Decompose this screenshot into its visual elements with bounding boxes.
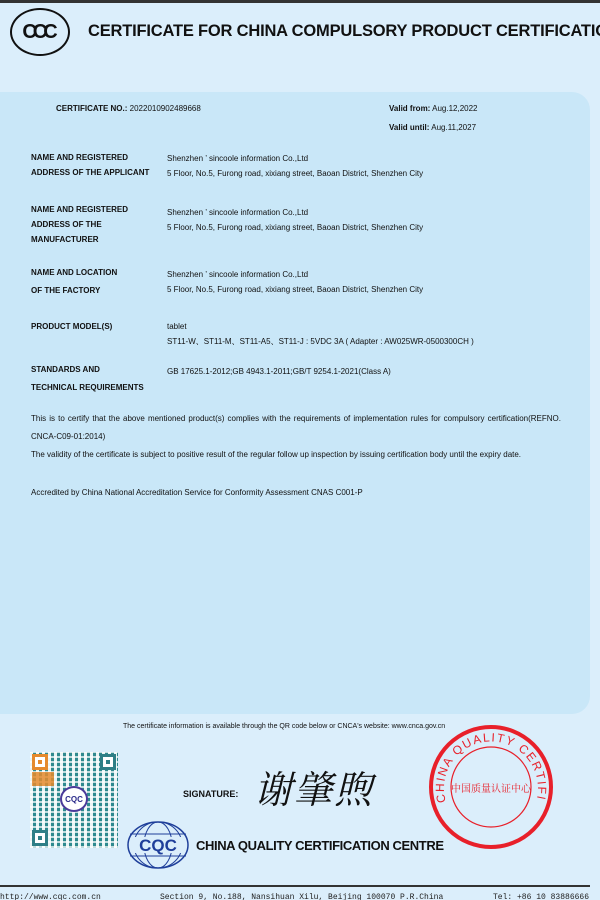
manufacturer-label-line: NAME AND REGISTERED (31, 202, 128, 217)
manufacturer-value: Shenzhen ’ sincoole information Co.,Ltd … (167, 205, 423, 235)
svg-text:CQC: CQC (139, 836, 177, 855)
certificate-number-label: CERTIFICATE NO.: (56, 104, 127, 113)
standards-value: GB 17625.1-2012;GB 4943.1-2011;GB/T 9254… (167, 364, 391, 379)
applicant-label: NAME AND REGISTERED ADDRESS OF THE APPLI… (31, 150, 149, 180)
qr-center-logo: CQC (60, 786, 88, 812)
accreditation-statement: Accredited by China National Accreditati… (31, 484, 561, 502)
official-seal-icon: CHINA QUALITY CERTIFICATION CENTRE 中国质量认… (426, 722, 556, 852)
cqc-globe-logo-icon: CQC (126, 820, 190, 870)
signature-label: SIGNATURE: (183, 789, 238, 799)
factory-address: 5 Floor, No.5, Furong road, xixiang stre… (167, 282, 423, 297)
qr-orange-block (32, 772, 54, 786)
certificate-title: CERTIFICATE FOR CHINA COMPULSORY PRODUCT… (88, 22, 600, 41)
factory-label: NAME AND LOCATION OF THE FACTORY (31, 264, 117, 300)
applicant-label-line: NAME AND REGISTERED (31, 150, 149, 165)
manufacturer-label-line: MANUFACTURER (31, 232, 128, 247)
footer-divider (0, 885, 590, 887)
qr-finder-icon (100, 754, 116, 770)
validity-statement: The validity of the certificate is subje… (31, 446, 561, 464)
certificate-number: CERTIFICATE NO.: 2022010902489668 (56, 104, 201, 113)
footer-tel: Tel: +86 10 83886666 (493, 891, 589, 900)
ccc-logo-icon: CCC (10, 8, 70, 56)
manufacturer-label-line: ADDRESS OF THE (31, 217, 128, 232)
applicant-address: 5 Floor, No.5, Furong road, xixiang stre… (167, 166, 423, 181)
qr-finder-icon (32, 830, 48, 846)
factory-value: Shenzhen ’ sincoole information Co.,Ltd … (167, 267, 423, 297)
certify-statement: This is to certify that the above mentio… (31, 410, 561, 446)
signature: 谢肇煦 (254, 770, 374, 810)
factory-name: Shenzhen ’ sincoole information Co.,Ltd (167, 267, 423, 282)
factory-label-line: OF THE FACTORY (31, 282, 117, 300)
svg-text:中国质量认证中心: 中国质量认证中心 (451, 782, 532, 795)
top-border (0, 0, 600, 3)
standards-label-line: STANDARDS AND (31, 361, 144, 379)
product-type: tablet (167, 319, 474, 334)
footer-address: Section 9, No.188, Nansihuan Xilu, Beiji… (160, 891, 443, 900)
manufacturer-address: 5 Floor, No.5, Furong road, xixiang stre… (167, 220, 423, 235)
product-models: ST11-W、ST11-M、ST11-A5、ST11-J : 5VDC 3A (… (167, 334, 474, 349)
ccc-logo-text: CCC (22, 21, 53, 44)
product-label: PRODUCT MODEL(S) (31, 319, 112, 334)
organization-name: CHINA QUALITY CERTIFICATION CENTRE (196, 838, 444, 853)
valid-from-value: Aug.12,2022 (432, 104, 477, 113)
standards-label: STANDARDS AND TECHNICAL REQUIREMENTS (31, 361, 144, 397)
manufacturer-label: NAME AND REGISTERED ADDRESS OF THE MANUF… (31, 202, 128, 247)
certificate-number-value: 2022010902489668 (130, 104, 201, 113)
footer: http://www.cqc.com.cn Section 9, No.188,… (0, 891, 600, 900)
qr-finder-icon (32, 754, 48, 770)
qr-note: The certificate information is available… (123, 723, 445, 730)
valid-until-label: Valid until: (389, 123, 429, 132)
valid-until: Valid until: Aug.11,2027 (389, 123, 476, 132)
qr-code[interactable]: CQC (30, 752, 118, 848)
applicant-name: Shenzhen ’ sincoole information Co.,Ltd (167, 151, 423, 166)
applicant-label-line: ADDRESS OF THE APPLICANT (31, 165, 149, 180)
valid-until-value: Aug.11,2027 (431, 123, 476, 132)
manufacturer-name: Shenzhen ’ sincoole information Co.,Ltd (167, 205, 423, 220)
standards-label-line: TECHNICAL REQUIREMENTS (31, 379, 144, 397)
factory-label-line: NAME AND LOCATION (31, 264, 117, 282)
valid-from: Valid from: Aug.12,2022 (389, 104, 478, 113)
footer-website[interactable]: http://www.cqc.com.cn (0, 891, 101, 900)
valid-from-label: Valid from: (389, 104, 430, 113)
certificate-panel (0, 92, 590, 714)
applicant-value: Shenzhen ’ sincoole information Co.,Ltd … (167, 151, 423, 181)
product-value: tablet ST11-W、ST11-M、ST11-A5、ST11-J : 5V… (167, 319, 474, 349)
